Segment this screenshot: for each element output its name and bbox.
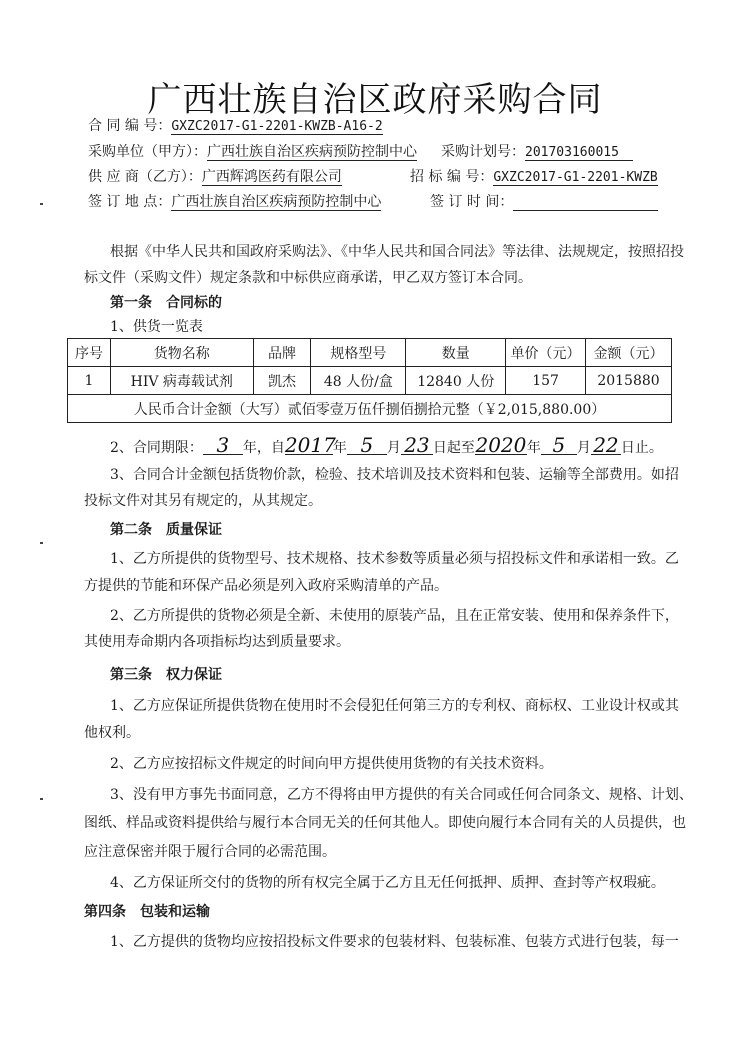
contract-number-label: 合 同 编 号： — [88, 118, 171, 134]
cell-index: 1 — [68, 367, 111, 395]
term-text: 月 — [387, 440, 401, 456]
supplier-label: 供 应 商（乙方）： — [88, 169, 202, 185]
article-2-item-2-line-2: 其使用寿命期内各项指标均达到质量要求。 — [84, 633, 350, 651]
handwritten-start-day: 23 — [401, 436, 433, 455]
plan-number-field: 采购计划号：201703160015 — [441, 143, 633, 162]
contract-term-line: 2、合同期限：3年，自2017年5月23日起至2020年5月22日止。 — [110, 436, 663, 458]
scan-speck — [40, 542, 43, 544]
supplier-value: 广西辉鸿医药有限公司 — [202, 169, 342, 186]
article-4-title: 第四条 包装和运输 — [84, 903, 210, 921]
purchaser-label: 采购单位（甲方）： — [88, 144, 207, 160]
goods-table-header-row: 序号 货物名称 品牌 规格型号 数量 单价（元） 金额（元） — [68, 339, 672, 367]
cell-spec: 48 人份/盒 — [311, 367, 406, 395]
article-3-item-1-line-2: 他权利。 — [84, 724, 140, 742]
sign-place-field: 签 订 地 点：广西壮族自治区疾病预防控制中心 — [88, 193, 381, 211]
term-text: 月 — [577, 440, 591, 456]
article-3-item-1-line-1: 1、乙方应保证所提供货物在使用时不会侵犯任何第三方的专利权、商标权、工业设计权或… — [110, 697, 679, 715]
article-3-item-3-line-2: 图纸、样品或资料提供给与履行本合同无关的任何其他人。即使向履行本合同有关的人员提… — [84, 814, 686, 832]
term-text: 年 — [333, 440, 347, 456]
plan-number-label: 采购计划号： — [441, 144, 525, 160]
handwritten-start-year: 2017 — [285, 436, 333, 455]
article-3-item-3-line-1: 3、没有甲方事先书面同意，乙方不得将由甲方提供的有关合同或任何合同条文、规格、计… — [110, 786, 693, 804]
article-2-item-1-line-2: 方提供的节能和环保产品必须是列入政府采购清单的产品。 — [84, 577, 448, 595]
bid-number-field: 招 标 编 号：GXZC2017-G1-2201-KWZB — [410, 168, 658, 187]
sign-place-label: 签 订 地 点： — [88, 194, 171, 210]
purchaser-field: 采购单位（甲方）：广西壮族自治区疾病预防控制中心 — [88, 143, 417, 161]
table-row: 1 HIV 病毒载试剂 凯杰 48 人份/盒 12840 人份 157 2015… — [68, 367, 672, 395]
handwritten-end-year: 2020 — [475, 436, 527, 455]
cell-quantity: 12840 人份 — [406, 367, 506, 395]
header-cell-amount: 金额（元） — [586, 339, 672, 367]
header-cell-unit-price: 单价（元） — [506, 339, 586, 367]
article-1-item-1: 1、供货一览表 — [110, 318, 203, 336]
scan-speck — [40, 203, 43, 205]
goods-table-total-row: 人民币合计金额（大写）贰佰零壹万伍仟捌佰捌拾元整（￥2,015,880.00） — [68, 395, 672, 423]
cell-amount: 2015880 — [586, 367, 672, 395]
article-2-title: 第二条 质量保证 — [110, 521, 222, 539]
article-3-item-4: 4、乙方保证所交付的货物的所有权完全属于乙方且无任何抵押、质押、查封等产权瑕疵。 — [110, 874, 665, 892]
sign-time-field: 签 订 时 间： — [430, 193, 658, 211]
header-cell-spec: 规格型号 — [311, 339, 406, 367]
intro-line-2: 标文件（采购文件）规定条款和中标供应商承诺，甲乙双方签订本合同。 — [84, 269, 532, 287]
purchaser-value: 广西壮族自治区疾病预防控制中心 — [207, 144, 417, 161]
term-text: 日止。 — [621, 440, 663, 456]
sign-time-label: 签 订 时 间： — [430, 194, 513, 210]
header-cell-goods-name: 货物名称 — [110, 339, 253, 367]
handwritten-end-month: 5 — [541, 436, 577, 455]
plan-number-value: 201703160015 — [525, 145, 633, 161]
cell-goods-name: HIV 病毒载试剂 — [110, 367, 253, 395]
cell-brand: 凯杰 — [253, 367, 311, 395]
bid-number-value: GXZC2017-G1-2201-KWZB — [493, 170, 657, 186]
sign-time-blank — [513, 196, 658, 211]
scan-speck — [40, 798, 43, 800]
article-1-item-3-line-1: 3、合同合计金额包括货物价款，检验、技术培训及技术资料和包装、运输等全部费用。如… — [110, 466, 679, 484]
intro-line-1: 根据《中华人民共和国政府采购法》、《中华人民共和国合同法》等法律、法规规定，按照… — [110, 243, 684, 261]
article-4-item-1: 1、乙方提供的货物均应按招投标文件要求的包装材料、包装标准、包装方式进行包装，每… — [110, 933, 679, 951]
contract-number-value: GXZC2017-G1-2201-KWZB-A16-2 — [171, 119, 382, 135]
document-title: 广西壮族自治区政府采购合同 — [0, 72, 750, 121]
bid-number-label: 招 标 编 号： — [410, 169, 493, 185]
article-2-item-1-line-1: 1、乙方所提供的货物型号、技术规格、技术参数等质量必须与招投标文件和承诺相一致。… — [110, 550, 679, 568]
supplier-field: 供 应 商（乙方）：广西辉鸿医药有限公司 — [88, 168, 342, 186]
handwritten-end-day: 22 — [591, 436, 621, 455]
term-text: 年，自 — [243, 440, 285, 456]
article-3-item-2: 2、乙方应按招标文件规定的时间向甲方提供使用货物的有关技术资料。 — [110, 755, 553, 773]
header-cell-quantity: 数量 — [406, 339, 506, 367]
cell-unit-price: 157 — [506, 367, 586, 395]
article-1-title: 第一条 合同标的 — [110, 294, 222, 312]
article-3-title: 第三条 权力保证 — [110, 666, 222, 684]
header-cell-brand: 品牌 — [253, 339, 311, 367]
goods-table: 序号 货物名称 品牌 规格型号 数量 单价（元） 金额（元） 1 HIV 病毒载… — [67, 338, 672, 423]
article-3-item-3-line-3: 应注意保密并限于履行合同的必需范围。 — [84, 843, 336, 861]
handwritten-years: 3 — [203, 436, 243, 455]
header-cell-index: 序号 — [68, 339, 111, 367]
total-amount-cell: 人民币合计金额（大写）贰佰零壹万伍仟捌佰捌拾元整（￥2,015,880.00） — [68, 395, 672, 423]
handwritten-start-month: 5 — [347, 436, 387, 455]
sign-place-value: 广西壮族自治区疾病预防控制中心 — [171, 194, 381, 211]
article-1-item-3-line-2: 投标文件对其另有规定的，从其规定。 — [84, 492, 322, 510]
contract-number-field: 合 同 编 号：GXZC2017-G1-2201-KWZB-A16-2 — [88, 117, 383, 136]
article-2-item-2-line-1: 2、乙方所提供的货物必须是全新、未使用的原装产品，且在正常安装、使用和保养条件下… — [110, 607, 679, 625]
term-prefix: 2、合同期限： — [110, 440, 203, 456]
term-text: 日起至 — [433, 440, 475, 456]
term-text: 年 — [527, 440, 541, 456]
